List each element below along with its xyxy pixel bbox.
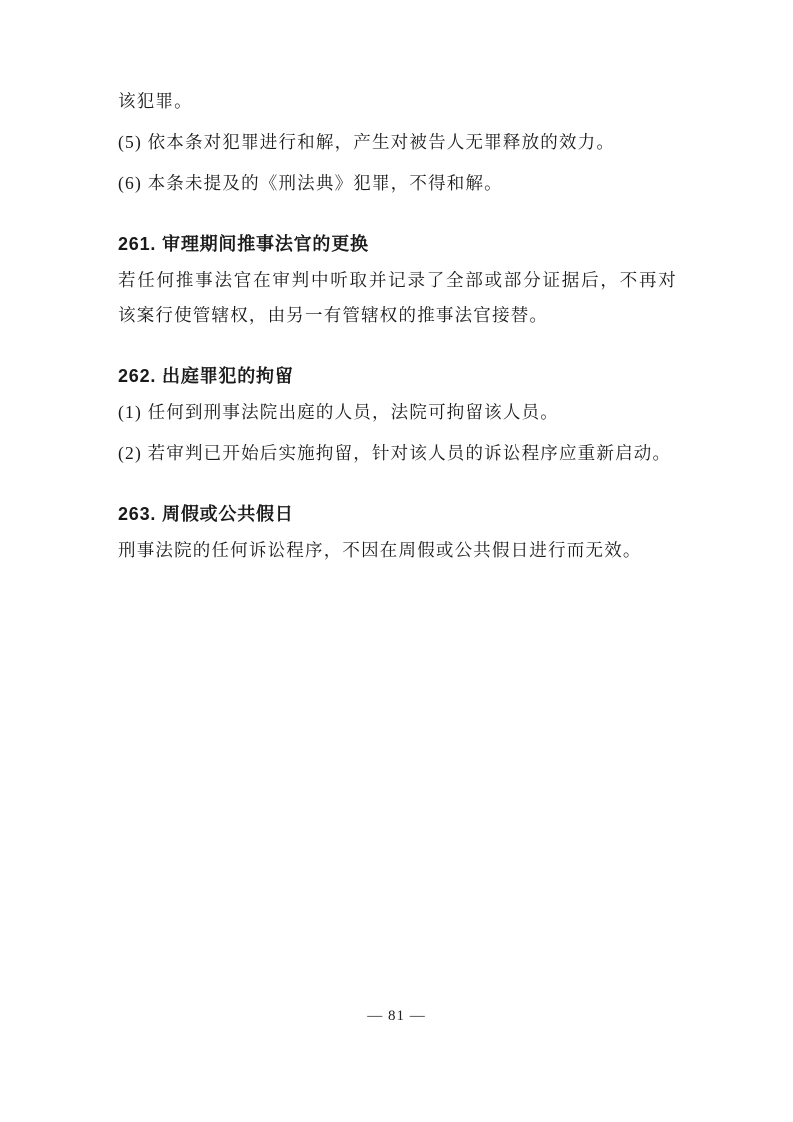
document-content: 该犯罪。 (5) 依本条对犯罪进行和解，产生对被告人无罪释放的效力。 (6) 本… <box>118 84 677 574</box>
section-261-paragraph: 若任何推事法官在审判中听取并记录了全部或部分证据后，不再对该案行使管辖权，由另一… <box>118 263 677 333</box>
section-heading-261: 261. 审理期间推事法官的更换 <box>118 227 677 261</box>
section-263: 263. 周假或公共假日 刑事法院的任何诉讼程序，不因在周假或公共假日进行而无效… <box>118 497 677 568</box>
section-263-paragraph: 刑事法院的任何诉讼程序，不因在周假或公共假日进行而无效。 <box>118 533 677 568</box>
section-261: 261. 审理期间推事法官的更换 若任何推事法官在审判中听取并记录了全部或部分证… <box>118 227 677 333</box>
intro-line-continuation: 该犯罪。 <box>118 84 677 119</box>
section-262-item-2: (2) 若审判已开始后实施拘留，针对该人员的诉讼程序应重新启动。 <box>118 436 677 471</box>
section-heading-262: 262. 出庭罪犯的拘留 <box>118 359 677 393</box>
section-heading-263: 263. 周假或公共假日 <box>118 497 677 531</box>
intro-list-item-6: (6) 本条未提及的《刑法典》犯罪，不得和解。 <box>118 166 677 201</box>
section-262: 262. 出庭罪犯的拘留 (1) 任何到刑事法院出庭的人员，法院可拘留该人员。 … <box>118 359 677 471</box>
document-page: 该犯罪。 (5) 依本条对犯罪进行和解，产生对被告人无罪释放的效力。 (6) 本… <box>0 0 793 1122</box>
page-number: — 81 — <box>367 1008 426 1024</box>
section-262-item-1: (1) 任何到刑事法院出庭的人员，法院可拘留该人员。 <box>118 395 677 430</box>
intro-list-item-5: (5) 依本条对犯罪进行和解，产生对被告人无罪释放的效力。 <box>118 125 677 160</box>
page-footer: — 81 — <box>0 1008 793 1025</box>
